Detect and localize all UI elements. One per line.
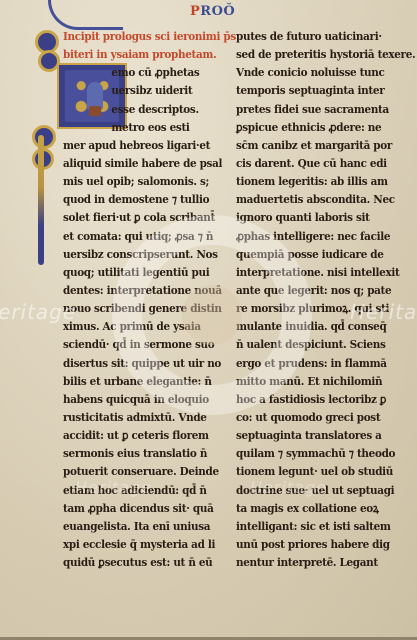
gold-scroll-ornament <box>32 125 56 149</box>
text-line: potuerit conseruare. Deinde <box>63 462 236 480</box>
text-column-left: Incipit prologus sci ieronimi p̄s biteri… <box>63 27 236 571</box>
text-line: esse descriptos. <box>63 100 236 118</box>
text-line: disertus sit: quippe ut uir no <box>63 354 236 372</box>
text-line: ꝓphas intelligere: nec facile <box>236 227 415 245</box>
text-line: pretes fidei sue sacramenta <box>236 100 415 118</box>
text-line: et comata: qui utiq; ꝓsa ⁊ n̄ <box>63 227 236 245</box>
text-line: metro eos esti <box>63 118 236 136</box>
text-line: temporis septuaginta inter <box>236 81 415 99</box>
text-line: sed de preteritis hystoriā texere. <box>236 45 415 63</box>
text-line: quempiā posse iudicare de <box>236 245 415 263</box>
text-line: uersibz conscripserunt. Nos <box>63 245 236 263</box>
text-line: nouo scribendi genere distin <box>63 299 236 317</box>
text-line: tionem legeritis: ab illis am <box>236 172 415 190</box>
text-line: euangelista. Ita enī uniusa <box>63 517 236 535</box>
text-line: putes de futuro uaticinari· <box>236 27 415 45</box>
text-line: sc̄m canibz et margaritā por <box>236 136 415 154</box>
text-line: quoq; utilitati legentiū pui <box>63 263 236 281</box>
text-line: septuaginta translatores a <box>236 426 415 444</box>
text-line: n̄ ualent despiciunt. Sciens <box>236 335 415 353</box>
text-line: mer apud hebreos ligari·et <box>63 136 236 154</box>
border-stem-ornament <box>38 135 44 265</box>
text-line: accidit: ut ꝑ ceteris florem <box>63 426 236 444</box>
running-head-red: P <box>190 4 200 19</box>
text-line: quod in demostene ⁊ tullio <box>63 190 236 208</box>
rubric-line: Incipit prologus sci ieronimi p̄s <box>63 27 236 45</box>
text-line: doctrine sue· uel ut septuagi <box>236 481 415 499</box>
text-line: unū post priores habere dig <box>236 535 415 553</box>
text-line: ignoro quanti laboris sit <box>236 208 415 226</box>
text-line: mitto manū. Et nichilomin̄ <box>236 372 415 390</box>
text-line: aliquid simile habere de psal <box>63 154 236 172</box>
text-line: tionem legunt· uel ob studiū <box>236 462 415 480</box>
text-line: quilam ⁊ symmachū ⁊ theodo <box>236 444 415 462</box>
rubric-line: biteri in ysaiam prophetam. <box>63 45 236 63</box>
text-line: tam ꝓpha dicendus sit· quā <box>63 499 236 517</box>
text-line: cis darent. Que cū hanc edi <box>236 154 415 172</box>
text-line: ximus. Ac primū de ysaia <box>63 317 236 335</box>
text-line: etiam hoc adiciendū: qd̄ n̄ <box>63 481 236 499</box>
text-line: mis uel opib; salomonis. s; <box>63 172 236 190</box>
text-line: ante que legerit: nos q; pate <box>236 281 415 299</box>
text-line: Vnde conicio noluisse tunc <box>236 63 415 81</box>
text-column-right: putes de futuro uaticinari· sed de prete… <box>236 27 415 571</box>
text-line: solet fieri·ut ꝑ cola scribant̄ <box>63 208 236 226</box>
text-line: sermonis eius translatio n̄ <box>63 444 236 462</box>
running-head-blue: ROǑ <box>200 4 235 19</box>
text-line: ta magis ex collatione eoꝝ <box>236 499 415 517</box>
text-line: emo cū ꝓphetas <box>63 63 236 81</box>
running-head: PROǑ <box>190 4 235 20</box>
text-line: quidū ꝑsecutus est: ut n̄ eū <box>63 553 236 571</box>
text-line: dentes: interpretatione nouā <box>63 281 236 299</box>
text-line: ꝑspicue ethnicis ꝓdere: ne <box>236 118 415 136</box>
top-flourish-ornament <box>48 0 123 30</box>
text-line: uersibz uiderit <box>63 81 236 99</box>
text-line: maduertetis abscondita. Nec <box>236 190 415 208</box>
text-line: interpretatione. nisi intellexit <box>236 263 415 281</box>
text-line: sciendū· qd̄ in sermone suo <box>63 335 236 353</box>
text-line: bilis et urbane elegantie: n̄ <box>63 372 236 390</box>
text-line: hoc a fastidiosis lectoribz ꝑ <box>236 390 415 408</box>
manuscript-page: PROǑ Incipit prologus sci ieronimi p̄s b… <box>0 0 417 640</box>
text-line: nentur interpretē. Legant <box>236 553 415 571</box>
text-line: re morsibz plurimoꝝ. qui sti <box>236 299 415 317</box>
text-line: co: ut quomodo greci post <box>236 408 415 426</box>
text-line: mulante inuidia. qd̄ conseq̄ <box>236 317 415 335</box>
text-line: ergo et prudens: in flammā <box>236 354 415 372</box>
text-line: xpi ecclesie q̄ mysteria ad li <box>63 535 236 553</box>
text-line: habens quicquā in eloquio <box>63 390 236 408</box>
text-line: intelligant: sic et isti saltem <box>236 517 415 535</box>
text-line: rusticitatis admixtū. Vnde <box>63 408 236 426</box>
